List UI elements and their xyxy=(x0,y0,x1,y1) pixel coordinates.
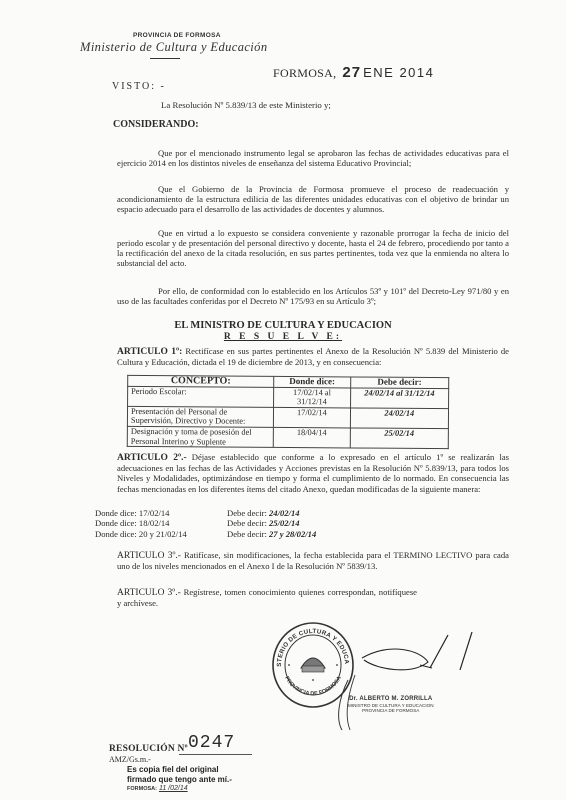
date-month-year: ENE 2014 xyxy=(363,65,434,80)
cell-debe-decir: 24/02/14 al 31/12/14 xyxy=(350,388,448,409)
resolution-underline xyxy=(179,754,252,755)
paragraph-text: Que por el mencionado instrumento legal … xyxy=(117,148,509,168)
cell-donde-dice: 17/02/14 xyxy=(274,407,351,428)
changes-list: Donde dice: 17/02/14 Debe decir: 24/02/1… xyxy=(95,508,187,539)
decir-label: Debe decir: xyxy=(227,529,267,539)
visto-label: VISTO: - xyxy=(112,81,166,92)
cell-concepto: Periodo Escolar: xyxy=(128,386,274,407)
table-row: Designación y toma de posesión del Perso… xyxy=(127,426,448,448)
signer-province: PROVINCIA DE FORMOSA xyxy=(348,708,434,714)
cell-donde-dice: 18/04/14 xyxy=(273,427,350,448)
decir-label: Debe decir: xyxy=(227,518,267,528)
table-row: Presentación del Personal de Supervisión… xyxy=(127,406,448,428)
article-4: ARTICULO 3º.- Regístrese, tomen conocimi… xyxy=(117,587,417,608)
article-1-label: ARTICULO 1º: xyxy=(117,347,182,357)
dice-label: Donde dice: xyxy=(95,529,137,539)
resolution-number: 0247 xyxy=(188,733,235,753)
article-2-label: ARTICULO 2º.- xyxy=(117,453,187,463)
visto-body: La Resolución Nº 5.839/13 de este Minist… xyxy=(161,100,331,110)
resuelve-subheading: R E S U E L V E: xyxy=(0,332,566,342)
copy-place: FORMOSA: xyxy=(127,786,157,792)
header-donde-dice: Donde dice: xyxy=(274,376,351,387)
rectification-table: CONCEPTO: Donde dice: Debe decir: Period… xyxy=(127,375,449,449)
dice-value: 17/02/14 xyxy=(139,508,170,518)
table-row: Periodo Escolar: 17/02/14 al 31/12/14 24… xyxy=(128,386,449,408)
list-item: Donde dice: 17/02/14 Debe decir: 24/02/1… xyxy=(95,508,187,518)
date-city: FORMOSA, xyxy=(273,66,336,80)
letterhead-ministry: Ministerio de Cultura y Educación xyxy=(80,40,267,55)
considerando-label: CONSIDERANDO: xyxy=(113,119,199,130)
cell-debe-decir: 25/02/14 xyxy=(350,428,448,449)
article-3-label: ARTICULO 3º.- xyxy=(117,551,181,561)
considerando-paragraph-4: Por ello, de conformidad con lo establec… xyxy=(117,286,509,306)
list-item: Donde dice: 18/02/14 Debe decir: 25/02/1… xyxy=(95,518,187,528)
article-3: ARTICULO 3º.- Ratifícase, sin modificaci… xyxy=(117,550,509,571)
copy-date-value: 11 /02/14 xyxy=(159,785,188,792)
considerando-paragraph-3: Que en virtud a lo expuesto se considera… xyxy=(117,228,509,268)
letterhead-province: PROVINCIA DE FORMOSA xyxy=(133,32,221,39)
dice-label: Donde dice: xyxy=(95,508,137,518)
article-4-label: ARTICULO 3º.- xyxy=(117,588,181,598)
article-1: ARTICULO 1º: Rectifícase en sus partes p… xyxy=(117,346,509,367)
decir-label: Debe decir: xyxy=(227,508,267,518)
certified-copy-date: FORMOSA:11 /02/14 xyxy=(127,785,188,792)
dice-label: Donde dice: xyxy=(95,518,137,528)
resolution-label: RESOLUCIÓN Nº xyxy=(109,744,188,754)
place-date: FORMOSA,27ENE 2014 xyxy=(273,64,434,81)
decir-value: 27 y 28/02/14 xyxy=(269,529,316,539)
copy-line-2: firmado que tengo ante mí.- xyxy=(127,775,232,785)
signer-block: Dr. ALBERTO M. ZORRILLA MINISTRO DE CULT… xyxy=(348,697,434,714)
article-2: ARTICULO 2º.- Déjase establecido que con… xyxy=(117,452,509,494)
considerando-paragraph-2: Que el Gobierno de la Provincia de Formo… xyxy=(117,184,509,214)
paragraph-text: Por ello, de conformidad con lo establec… xyxy=(117,286,509,306)
dice-value: 20 y 21/02/14 xyxy=(139,529,187,539)
considerando-paragraph-1: Que por el mencionado instrumento legal … xyxy=(117,148,509,168)
list-item: Donde dice: 20 y 21/02/14 Debe decir: 27… xyxy=(95,529,187,539)
header-debe-decir: Debe decir: xyxy=(350,377,448,388)
date-day: 27 xyxy=(342,64,361,81)
dice-value: 18/02/14 xyxy=(139,518,170,528)
letterhead-rule xyxy=(150,58,180,59)
paragraph-text: Que el Gobierno de la Provincia de Formo… xyxy=(117,184,509,214)
certified-copy-note: Es copia fiel del original firmado que t… xyxy=(127,765,232,784)
cell-donde-dice: 17/02/14 al 31/12/14 xyxy=(274,387,351,408)
cell-concepto: Designación y toma de posesión del Perso… xyxy=(127,426,273,447)
signature-icon xyxy=(300,620,480,730)
cell-concepto: Presentación del Personal de Supervisión… xyxy=(127,406,273,427)
cell-debe-decir: 24/02/14 xyxy=(350,408,448,429)
copy-line-1: Es copia fiel del original xyxy=(127,765,232,775)
paragraph-text: Que en virtud a lo expuesto se considera… xyxy=(117,228,509,268)
decir-value: 24/02/14 xyxy=(269,508,300,518)
decir-value: 25/02/14 xyxy=(269,518,300,528)
signer-name: Dr. ALBERTO M. ZORRILLA xyxy=(348,697,434,703)
resolution-reference: AMZ/Gs.m.- xyxy=(109,755,151,764)
resuelve-heading: EL MINISTRO DE CULTURA Y EDUCACION xyxy=(0,320,566,331)
